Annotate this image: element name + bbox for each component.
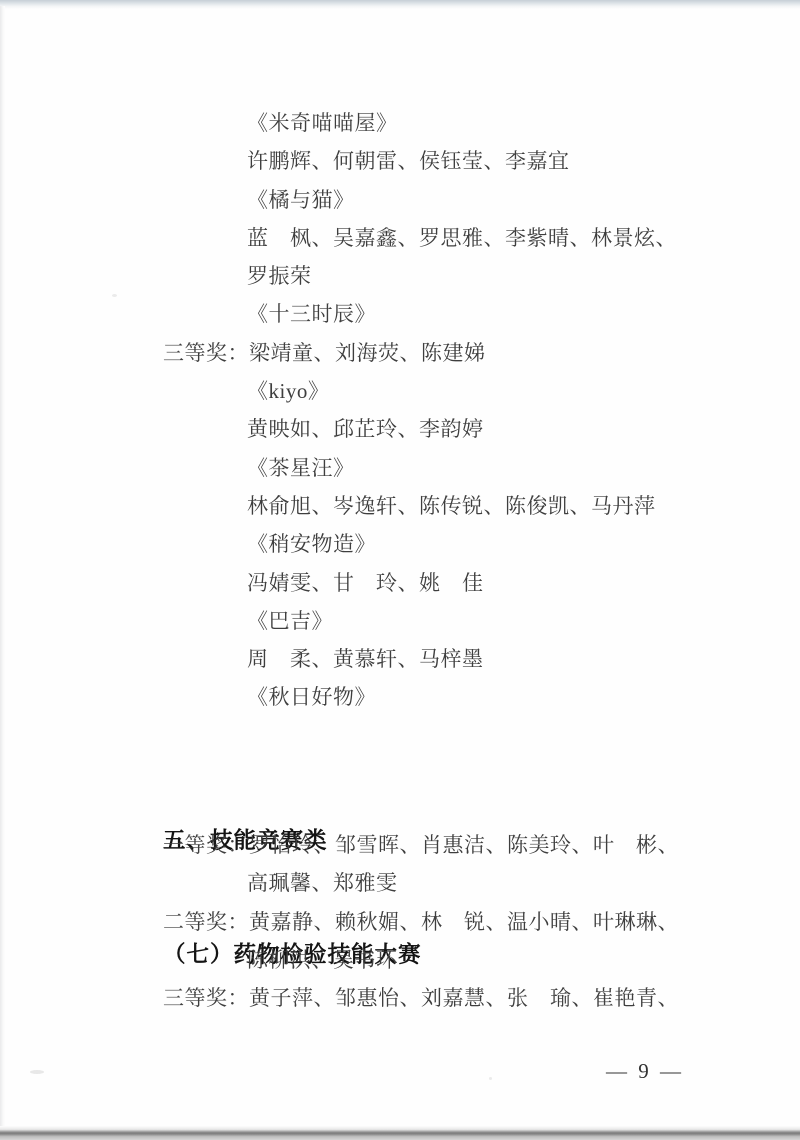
award-tier-line: 三等奖：梁靖童、刘海荧、陈建娣 (0, 334, 800, 372)
work-title-line: 《秋日好物》 (0, 678, 800, 716)
winner-names-line: 陈柳洪、吴书环 (0, 941, 800, 979)
award-tier-line: 二等奖：黄嘉静、赖秋媚、林 锐、温小晴、叶琳琳、 (0, 903, 800, 941)
winner-names-line: 许鹏辉、何朝雷、侯钰莹、李嘉宜 (0, 142, 800, 180)
scanned-document-page: 《米奇喵喵屋》 许鹏辉、何朝雷、侯钰莹、李嘉宜 《橘与猫》 蓝 枫、吴嘉鑫、罗思… (0, 0, 800, 1140)
work-title-line: 《巴吉》 (0, 602, 800, 640)
scan-artifact (489, 1077, 492, 1080)
award-tier-label: 一等奖： (163, 833, 249, 857)
winner-names-line: 冯婧雯、甘 玲、姚 佳 (0, 564, 800, 602)
scan-artifact (30, 1070, 44, 1074)
winner-names: 罗怡玲、邹雪晖、肖惠洁、陈美玲、叶 彬、 (249, 833, 679, 857)
winner-names-line: 罗振荣 (0, 257, 800, 295)
award-tier-label: 二等奖： (163, 910, 249, 934)
award-tier-line: 一等奖：罗怡玲、邹雪晖、肖惠洁、陈美玲、叶 彬、 (0, 826, 800, 864)
winner-names: 梁靖童、刘海荧、陈建娣 (249, 341, 486, 365)
work-title-line: 《kiyo》 (0, 372, 800, 410)
award-entries: 一等奖：罗怡玲、邹雪晖、肖惠洁、陈美玲、叶 彬、 高珮馨、郑雅雯 二等奖：黄嘉静… (0, 826, 800, 1017)
winner-names-line: 黄映如、邱芷玲、李韵婷 (0, 410, 800, 448)
work-title-line: 《稍安物造》 (0, 525, 800, 563)
winner-names-line: 周 柔、黄慕轩、马梓墨 (0, 640, 800, 678)
award-tier-label: 三等奖： (163, 986, 249, 1010)
work-title-line: 《米奇喵喵屋》 (0, 104, 800, 142)
award-tier-line: 三等奖：黄子萍、邹惠怡、刘嘉慧、张 瑜、崔艳青、 (0, 979, 800, 1017)
work-title-line: 《十三时辰》 (0, 295, 800, 333)
work-title-line: 《橘与猫》 (0, 181, 800, 219)
page-number: — 9 — (560, 1052, 730, 1090)
work-title-line: 《茶星汪》 (0, 449, 800, 487)
winner-names-line: 蓝 枫、吴嘉鑫、罗思雅、李紫晴、林景炫、 (0, 219, 800, 257)
winner-names-line: 高珮馨、郑雅雯 (0, 864, 800, 902)
winner-names: 黄子萍、邹惠怡、刘嘉慧、张 瑜、崔艳青、 (249, 986, 679, 1010)
scan-bottom-edge (0, 1126, 800, 1140)
winner-names: 黄嘉静、赖秋媚、林 锐、温小晴、叶琳琳、 (249, 910, 679, 934)
winner-names-line: 林俞旭、岑逸轩、陈传锐、陈俊凯、马丹萍 (0, 487, 800, 525)
scan-top-edge (0, 0, 800, 9)
award-tier-label: 三等奖： (163, 341, 249, 365)
continued-award-list: 《米奇喵喵屋》 许鹏辉、何朝雷、侯钰莹、李嘉宜 《橘与猫》 蓝 枫、吴嘉鑫、罗思… (0, 104, 800, 717)
